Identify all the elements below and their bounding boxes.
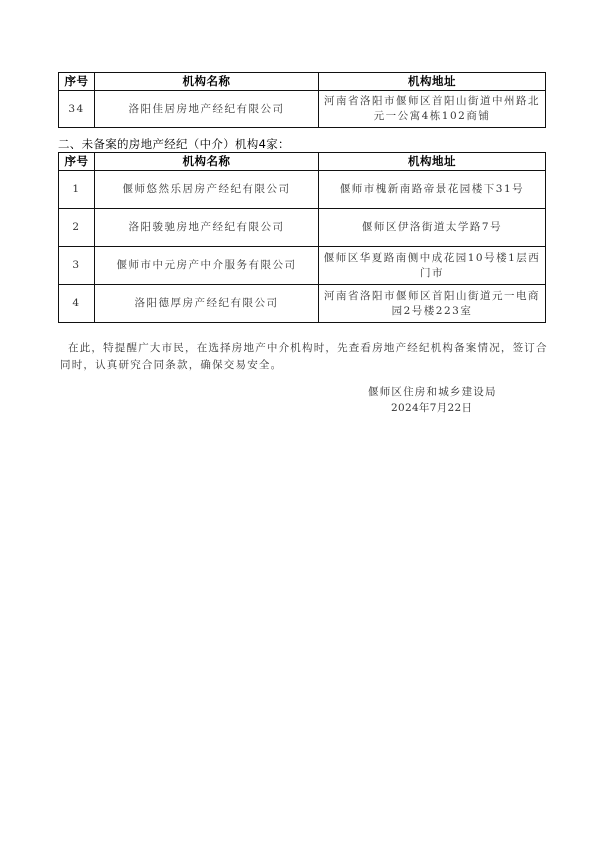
header-no: 序号 <box>59 73 95 91</box>
row-name: 洛阳骏驰房地产经纪有限公司 <box>95 209 319 247</box>
table-row: 1 偃师悠然乐居房产经纪有限公司 偃师市槐新南路帝景花园楼下31号 <box>59 171 546 209</box>
row-name: 洛阳佳居房地产经纪有限公司 <box>95 91 319 128</box>
section-heading-unregistered: 二、未备案的房地产经纪（中介）机构4家： <box>58 136 290 152</box>
row-name: 偃师悠然乐居房产经纪有限公司 <box>95 171 319 209</box>
row-name: 洛阳德厚房产经纪有限公司 <box>95 285 319 323</box>
row-no: 3 <box>59 247 95 285</box>
row-name: 偃师市中元房产中介服务有限公司 <box>95 247 319 285</box>
row-address: 偃师区伊洛街道太学路7号 <box>319 209 546 247</box>
header-address: 机构地址 <box>319 73 546 91</box>
signature-block: 偃师区住房和城乡建设局 2024年7月22日 <box>368 384 497 416</box>
issuing-organization: 偃师区住房和城乡建设局 <box>368 384 497 400</box>
row-no: 2 <box>59 209 95 247</box>
notice-text: 在此，特提醒广大市民，在选择房地产中介机构时，先查看房地产经纪机构备案情况，签订… <box>60 340 550 374</box>
row-no: 4 <box>59 285 95 323</box>
issue-date: 2024年7月22日 <box>368 400 497 416</box>
row-address: 偃师市槐新南路帝景花园楼下31号 <box>319 171 546 209</box>
row-no: 34 <box>59 91 95 128</box>
table-row: 34 洛阳佳居房地产经纪有限公司 河南省洛阳市偃师区首阳山街道中州路北元一公寓4… <box>59 91 546 128</box>
header-name: 机构名称 <box>95 73 319 91</box>
unregistered-agencies-table: 序号 机构名称 机构地址 1 偃师悠然乐居房产经纪有限公司 偃师市槐新南路帝景花… <box>58 152 546 323</box>
header-no: 序号 <box>59 153 95 171</box>
table-row: 2 洛阳骏驰房地产经纪有限公司 偃师区伊洛街道太学路7号 <box>59 209 546 247</box>
table-header-row: 序号 机构名称 机构地址 <box>59 153 546 171</box>
row-address: 河南省洛阳市偃师区首阳山街道中州路北元一公寓4栋102商铺 <box>319 91 546 128</box>
registered-agencies-table-continued: 序号 机构名称 机构地址 34 洛阳佳居房地产经纪有限公司 河南省洛阳市偃师区首… <box>58 72 546 128</box>
table-row: 3 偃师市中元房产中介服务有限公司 偃师区华夏路南侧中成花园10号楼1层西门市 <box>59 247 546 285</box>
row-address: 河南省洛阳市偃师区首阳山街道元一电商园2号楼223室 <box>319 285 546 323</box>
table-header-row: 序号 机构名称 机构地址 <box>59 73 546 91</box>
table-row: 4 洛阳德厚房产经纪有限公司 河南省洛阳市偃师区首阳山街道元一电商园2号楼223… <box>59 285 546 323</box>
notice-paragraph: 在此，特提醒广大市民，在选择房地产中介机构时，先查看房地产经纪机构备案情况，签订… <box>60 340 550 374</box>
header-address: 机构地址 <box>319 153 546 171</box>
row-no: 1 <box>59 171 95 209</box>
header-name: 机构名称 <box>95 153 319 171</box>
row-address: 偃师区华夏路南侧中成花园10号楼1层西门市 <box>319 247 546 285</box>
